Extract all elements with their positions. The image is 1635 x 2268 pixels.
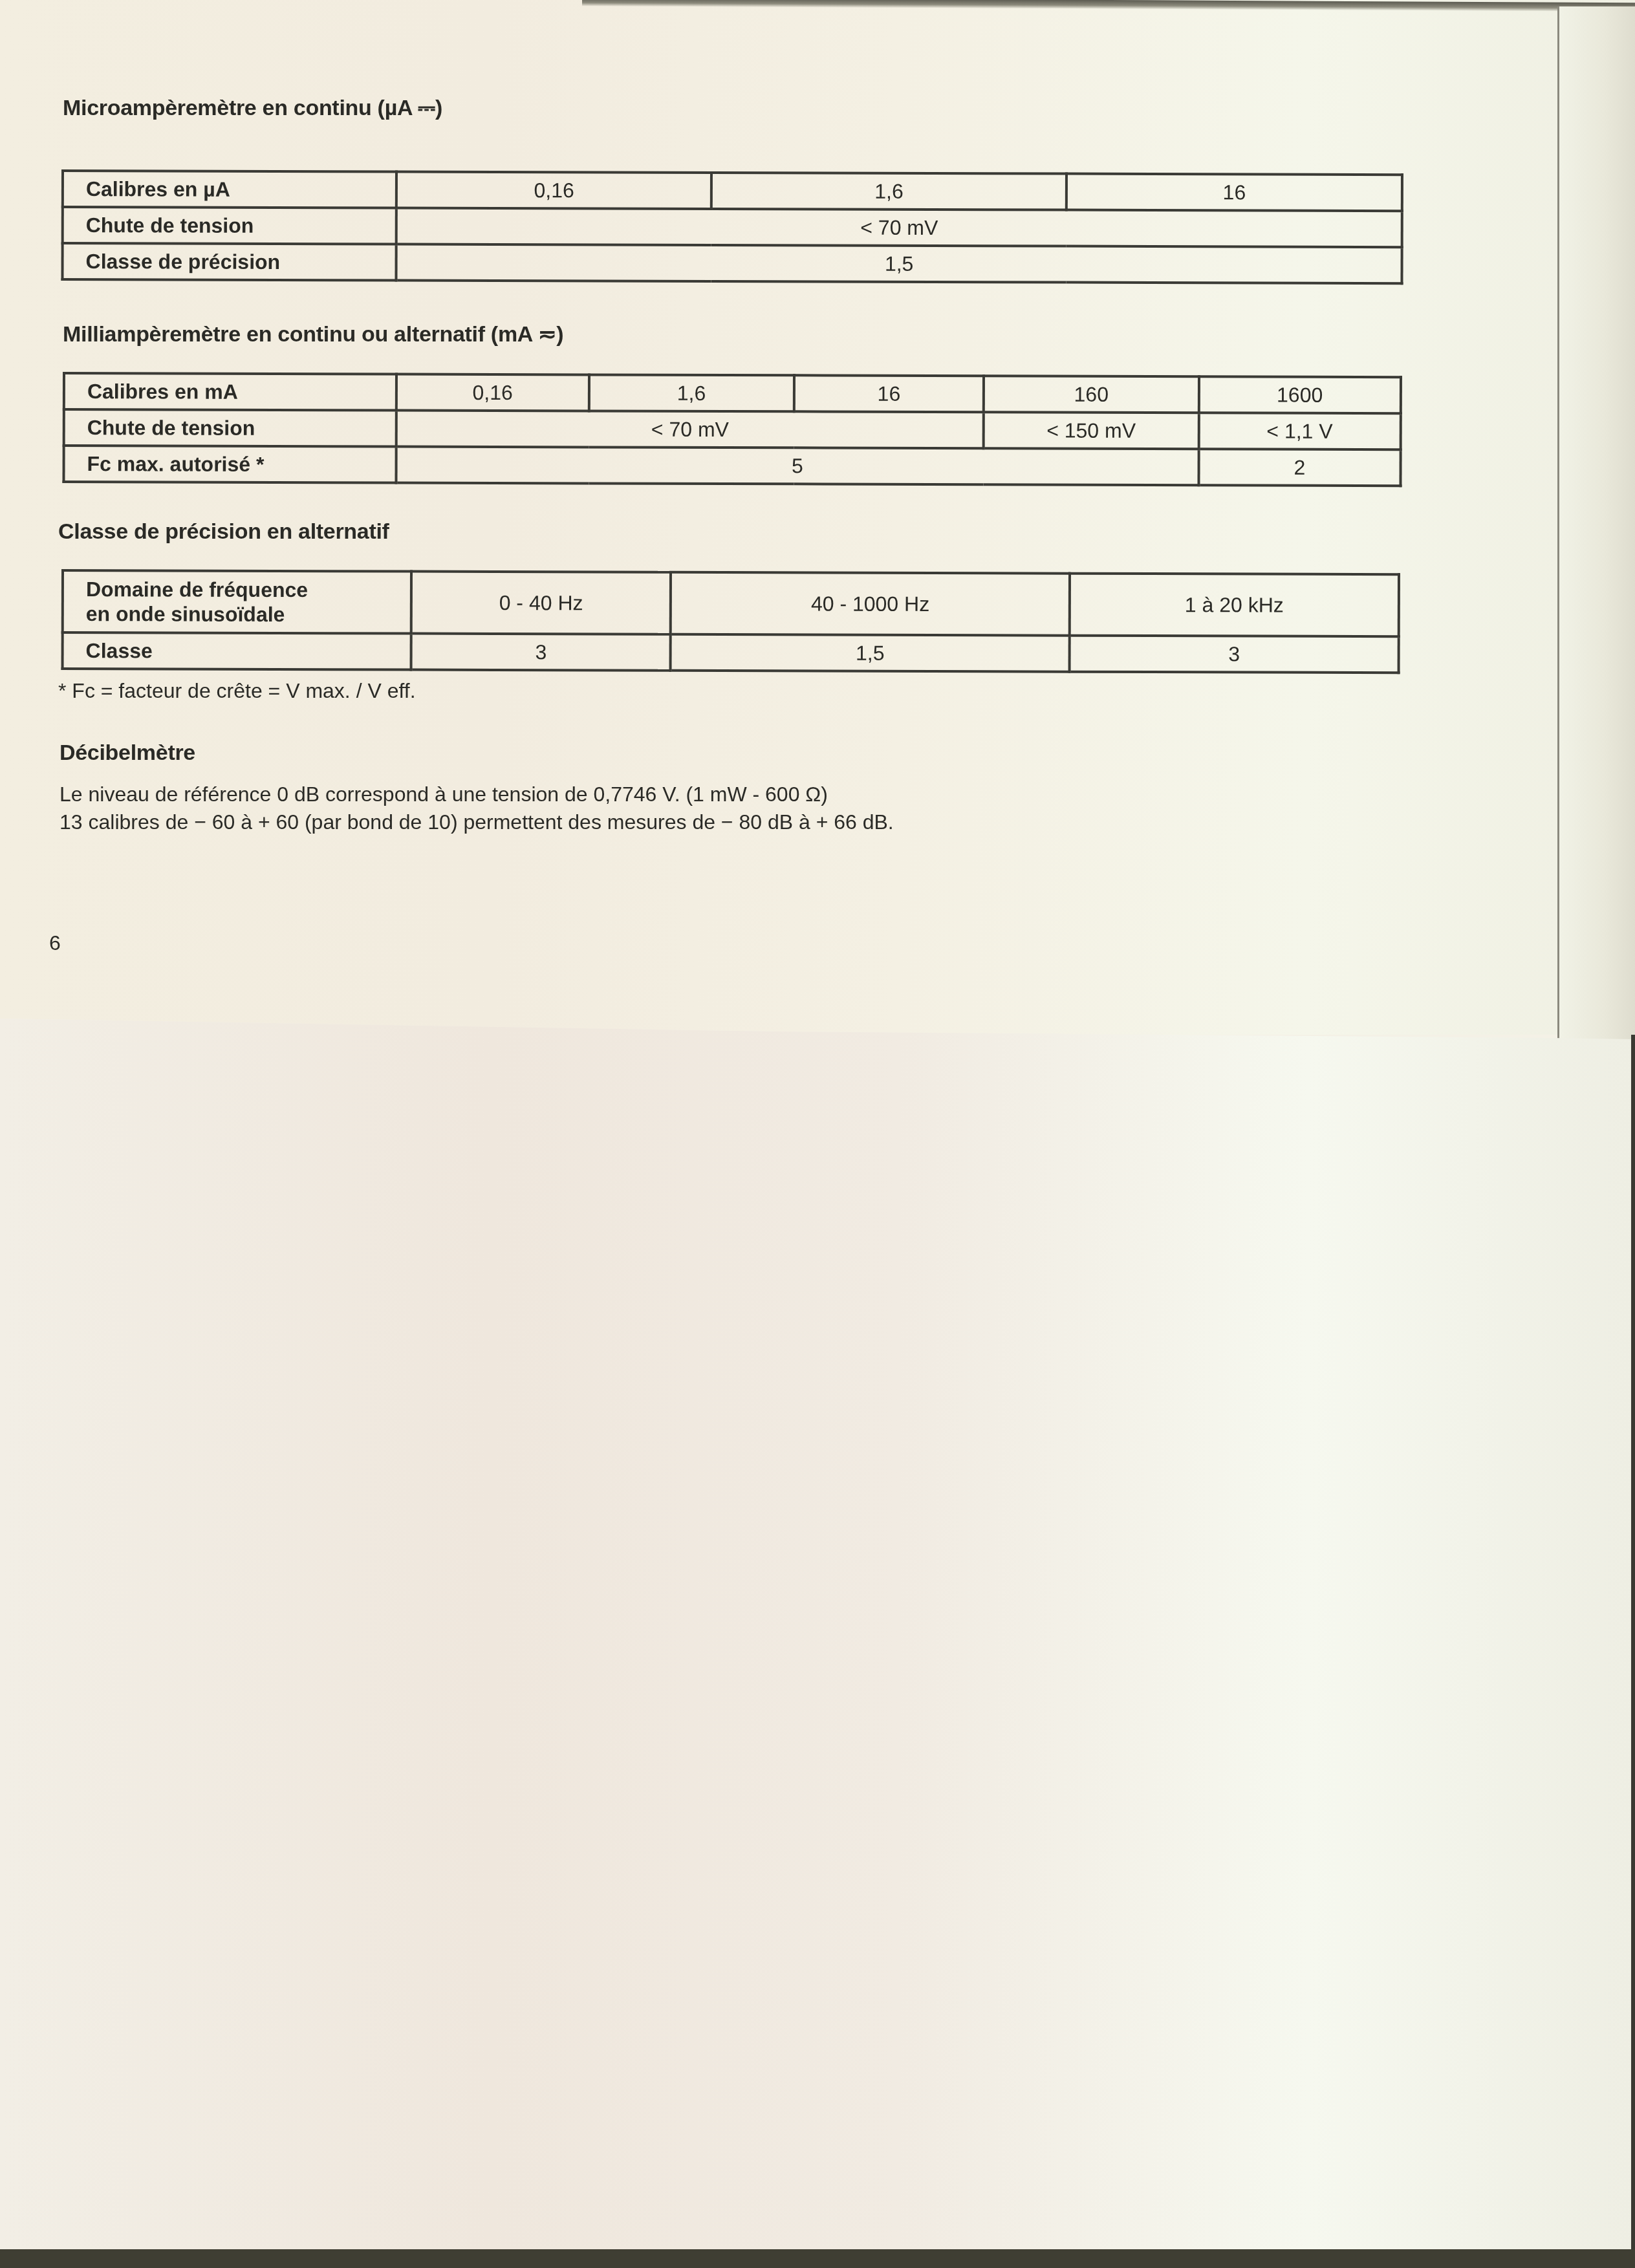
milliamp-title: Milliampèremètre en continu ou alternati… xyxy=(63,321,563,347)
row-label-line: en onde sinusoïdale xyxy=(86,601,404,627)
cell: 1,5 xyxy=(396,244,1402,284)
cell: 1,5 xyxy=(671,634,1070,672)
row-label: Calibres en µA xyxy=(63,171,396,208)
binding-fold xyxy=(1557,6,1559,1041)
decibel-range-text: 13 calibres de − 60 à + 60 (par bond de … xyxy=(60,810,894,834)
row-label: Classe de précision xyxy=(62,243,396,281)
cell: 16 xyxy=(1067,174,1402,211)
milliamp-table: Calibres en mA 0,16 1,6 16 160 1600 Chut… xyxy=(62,372,1402,487)
upper-page xyxy=(0,0,1635,1035)
table-row: Chute de tension < 70 mV xyxy=(63,207,1402,247)
ac-precision-title: Classe de précision en alternatif xyxy=(58,519,389,545)
cell: < 150 mV xyxy=(984,412,1198,449)
cell: 160 xyxy=(984,376,1198,413)
cell: 3 xyxy=(411,634,671,671)
cell: 0,16 xyxy=(396,172,711,209)
cell: 5 xyxy=(396,447,1199,486)
cell: 40 - 1000 Hz xyxy=(671,572,1070,636)
table-row: Chute de tension < 70 mV < 150 mV < 1,1 … xyxy=(64,409,1401,449)
cell: 0 - 40 Hz xyxy=(411,572,671,634)
microamp-table: Calibres en µA 0,16 1,6 16 Chute de tens… xyxy=(61,169,1403,285)
microamp-title: Microampèremètre en continu (µA ⎓) xyxy=(63,96,442,121)
cell: < 70 mV xyxy=(396,208,1402,248)
table-row: Classe 3 1,5 3 xyxy=(63,632,1399,673)
table-row: Calibres en mA 0,16 1,6 16 160 1600 xyxy=(64,373,1401,413)
scanner-edge-right xyxy=(1631,1035,1635,2263)
table-row: Fc max. autorisé * 5 2 xyxy=(63,446,1400,486)
row-label: Calibres en mA xyxy=(64,373,396,411)
row-label: Chute de tension xyxy=(64,409,396,447)
cell: 3 xyxy=(1070,636,1399,673)
cell: < 70 mV xyxy=(396,411,984,449)
ac-precision-table: Domaine de fréquence en onde sinusoïdale… xyxy=(61,569,1400,674)
decibel-title: Décibelmètre xyxy=(60,740,195,766)
adjacent-page-edge xyxy=(1559,6,1635,1041)
row-label: Classe xyxy=(63,632,411,670)
row-label: Chute de tension xyxy=(63,207,396,244)
footnote: * Fc = facteur de crête = V max. / V eff… xyxy=(58,679,416,703)
cell: 2 xyxy=(1198,449,1401,486)
cell: 1,6 xyxy=(589,374,794,411)
page-number: 6 xyxy=(49,931,61,955)
cell: 16 xyxy=(794,375,984,412)
scanner-edge-bottom xyxy=(0,2249,1635,2268)
table-row: Domaine de fréquence en onde sinusoïdale… xyxy=(63,570,1399,636)
row-label: Fc max. autorisé * xyxy=(63,446,396,483)
table-row: Calibres en µA 0,16 1,6 16 xyxy=(63,171,1402,211)
decibel-reference-text: Le niveau de référence 0 dB correspond à… xyxy=(60,783,828,806)
cell: 1,6 xyxy=(711,173,1067,210)
cell: < 1,1 V xyxy=(1198,413,1401,449)
cell: 1600 xyxy=(1198,376,1401,413)
row-label-line: Domaine de fréquence xyxy=(86,577,404,602)
table-row: Classe de précision 1,5 xyxy=(62,243,1402,283)
row-label: Domaine de fréquence en onde sinusoïdale xyxy=(63,570,411,634)
cell: 1 à 20 kHz xyxy=(1070,574,1399,637)
lower-sheet xyxy=(0,1019,1635,2254)
cell: 0,16 xyxy=(396,374,589,411)
